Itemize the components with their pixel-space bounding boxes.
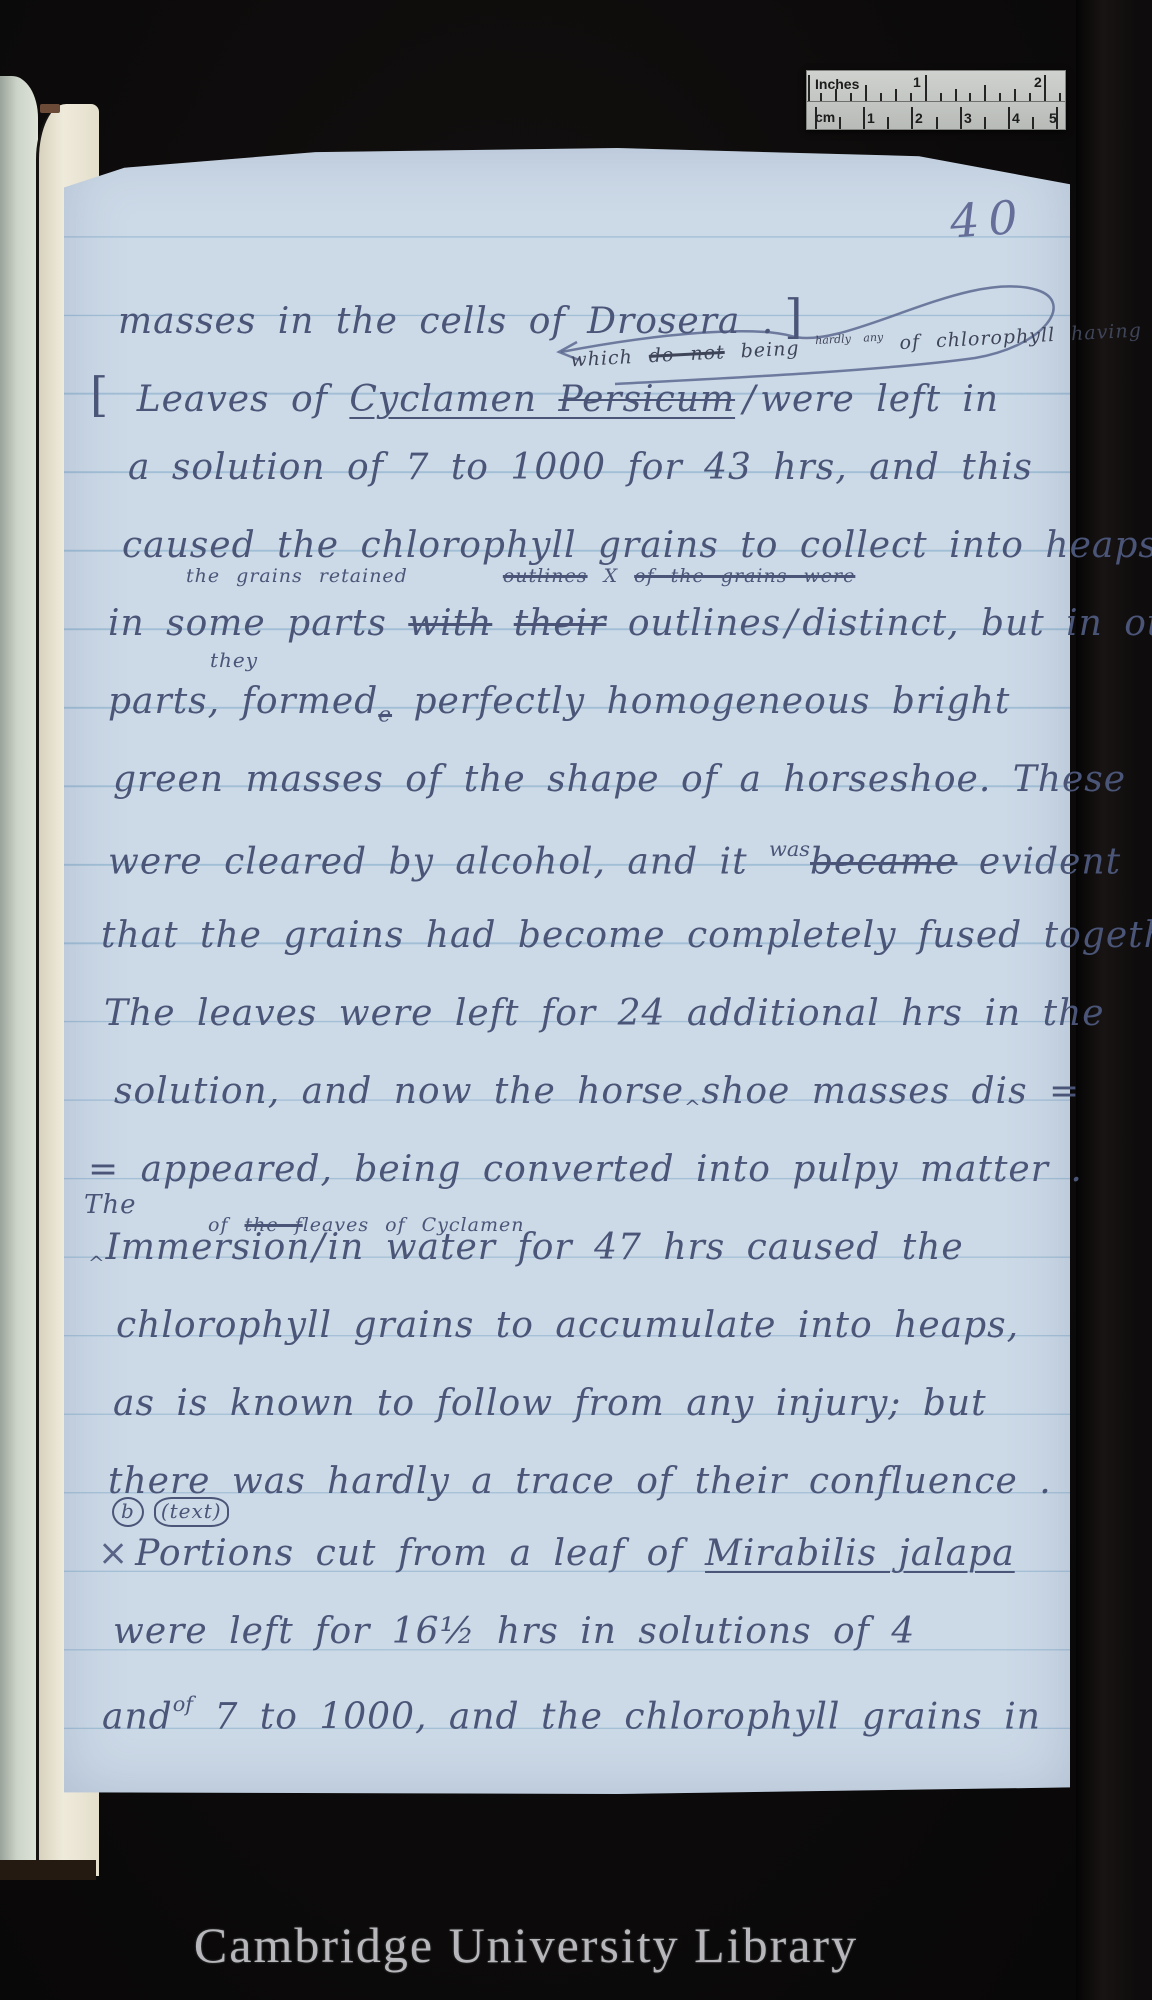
handwritten-text: of the grains were: [634, 565, 855, 587]
ruler-cm-tick: [911, 107, 913, 129]
handwritten-text: /: [785, 603, 798, 644]
ruler-inch-tick: [940, 93, 942, 101]
ruler-cm-number: 4: [1012, 110, 1020, 126]
handwritten-text: a solution of 7 to 1000 for 43 hrs, and …: [128, 447, 1033, 488]
handwritten-text: evident: [957, 842, 1121, 883]
line-04: a solution of 7 to 1000 for 43 hrs, and …: [128, 447, 1033, 488]
ruler-inch-tick: [955, 89, 957, 101]
ruler-cm-tick: [960, 107, 962, 129]
ruler-inch-tick: [1029, 93, 1031, 101]
ruler-cm-tick: [1032, 117, 1034, 129]
line-18: ^Immersion/in water for 47 hrs caused th…: [88, 1227, 964, 1275]
line-05: caused the chlorophyll grains to collect…: [122, 525, 1152, 566]
handwritten-text: were left for 16½ hrs in solutions of 4: [113, 1611, 915, 1652]
ruler-inch-tick: [880, 93, 882, 101]
ruler-cm-tick: [936, 117, 938, 129]
handwritten-text: were left in: [760, 379, 999, 420]
ruler-cm-number: 3: [964, 110, 972, 126]
handwritten-text: Persicum: [558, 379, 735, 420]
handwritten-text: distinct, but in other: [802, 603, 1152, 644]
line-12: that the grains had become completely fu…: [101, 915, 1152, 956]
handwritten-text: as is known to follow from any injury; b…: [113, 1383, 987, 1424]
handwritten-text: perfectly homogeneous bright: [392, 681, 1010, 722]
ruler-inch-tick: [820, 93, 822, 101]
ruler-inch-tick: [910, 93, 912, 101]
ruler-inches-label: Inches: [815, 76, 859, 92]
line-09: parts, formede perfectly homogeneous bri…: [108, 681, 1010, 728]
handwritten-text: shoe masses dis =: [702, 1071, 1081, 1112]
ruler-inch-tick: [984, 85, 986, 101]
handwritten-text: masses in the cells of Drosera .: [118, 301, 774, 342]
handwritten-text: b: [112, 1497, 144, 1527]
line-06-insertion: the grains retainedoutlines X of the gra…: [186, 565, 855, 587]
ruler-cm-number: 1: [867, 110, 875, 126]
library-caption: Cambridge University Library: [0, 1916, 1102, 1974]
ruler-cm-number: 5: [1049, 110, 1057, 126]
handwritten-text: outlines: [503, 565, 588, 587]
handwritten-text: Mirabilis jalapa: [705, 1533, 1015, 1574]
handwritten-text: the grains retained: [186, 565, 408, 587]
handwritten-text: The leaves were left for 24 additional h…: [104, 993, 1105, 1034]
manuscript-photo: Inches cm 1212345 40 Cambridge Universit…: [0, 0, 1152, 2000]
ruler-inch-tick: [969, 93, 971, 101]
line-07: in some parts with their outlines/distin…: [108, 603, 1152, 644]
handwritten-text: and: [102, 1697, 173, 1738]
handwritten-text: caused the chlorophyll grains to collect…: [122, 525, 1152, 566]
ruler-inch-tick: [835, 89, 837, 101]
handwritten-text: The: [84, 1190, 136, 1220]
page-number: 40: [948, 189, 1028, 248]
line-03: [ Leaves of Cyclamen Persicum/were left …: [90, 369, 999, 423]
handwritten-text: X: [588, 565, 635, 587]
handwritten-text: Cyclamen: [349, 379, 558, 420]
ruler-inch-tick: [895, 89, 897, 101]
handwritten-text: they: [210, 648, 258, 672]
line-10: green masses of the shape of a horseshoe…: [113, 759, 1126, 800]
handwritten-text: in some parts: [108, 603, 408, 644]
line-19: chlorophyll grains to accumulate into he…: [116, 1305, 1019, 1346]
handwritten-text: [: [90, 369, 109, 423]
line-16-margin: The: [84, 1190, 136, 1220]
handwritten-text: ×: [98, 1533, 129, 1574]
handwritten-text: there was hardly a trace of their conflu…: [108, 1461, 1052, 1502]
ruler-cm-label: cm: [815, 109, 835, 125]
ruler-cm-tick: [839, 117, 841, 129]
handwritten-text: do not: [648, 341, 725, 367]
ruler-cm-number: 2: [915, 110, 923, 126]
ruler-inch-tick: [808, 75, 810, 101]
line-14: solution, and now the horse^shoe masses …: [114, 1071, 1080, 1119]
handwritten-text: Immersion: [106, 1227, 311, 1268]
ruler-cm-tick: [887, 117, 889, 129]
ruler: Inches cm 1212345: [806, 70, 1066, 130]
ruler-cm-tick: [863, 107, 865, 129]
ruler-inch-tick: [1059, 93, 1061, 101]
handwritten-text: = appeared, being converted into pulpy m…: [88, 1149, 1083, 1190]
ruler-inch-tick: [1014, 89, 1016, 101]
handwritten-text: /: [312, 1227, 325, 1268]
line-11: were cleared by alcohol, and it wasbecam…: [108, 837, 1121, 883]
handwritten-text: which: [570, 345, 650, 371]
handwritten-text: e: [378, 703, 392, 728]
ruler-inch-number: 2: [1034, 74, 1042, 90]
handwritten-text: parts, formed: [108, 681, 378, 722]
ruler-inch-tick: [850, 93, 852, 101]
handwritten-text: were cleared by alcohol, and it: [108, 842, 769, 883]
handwritten-text: 7 to 1000, and the chlorophyll grains in: [193, 1697, 1041, 1738]
line-22-annotation: b(text): [112, 1499, 229, 1523]
handwritten-text: ^: [88, 1252, 106, 1275]
ruler-cm-tick: [984, 117, 986, 129]
ruler-inch-tick: [1044, 75, 1046, 101]
book-page-edge-outer: [0, 76, 38, 1864]
handwritten-text: [492, 603, 513, 644]
handwritten-text: Portions cut from a leaf of: [135, 1533, 705, 1574]
handwritten-text: became: [810, 842, 957, 883]
line-24: were left for 16½ hrs in solutions of 4: [113, 1611, 915, 1652]
book-spine-sliver: [40, 104, 60, 113]
handwritten-text: Leaves of: [115, 379, 349, 420]
ruler-cm-tick: [1008, 107, 1010, 129]
handwritten-text: their: [514, 603, 607, 644]
ruler-inch-number: 1: [913, 74, 921, 90]
line-20: as is known to follow from any injury; b…: [113, 1383, 987, 1424]
line-25: andof 7 to 1000, and the chlorophyll gra…: [102, 1692, 1041, 1738]
ruler-inch-tick: [999, 93, 1001, 101]
handwritten-text: chlorophyll grains to accumulate into he…: [116, 1305, 1019, 1346]
line-23: ×Portions cut from a leaf of Mirabilis j…: [98, 1533, 1015, 1574]
line-13: The leaves were left for 24 additional h…: [104, 993, 1105, 1034]
handwritten-text: (text): [154, 1497, 229, 1527]
handwritten-text: outlines: [606, 603, 781, 644]
handwritten-text: green masses of the shape of a horseshoe…: [113, 759, 1126, 800]
line-01: masses in the cells of Drosera .]: [118, 291, 804, 345]
line-15: = appeared, being converted into pulpy m…: [88, 1149, 1083, 1190]
ruler-cm-tick: [815, 107, 817, 129]
handwritten-text: of: [173, 1692, 193, 1716]
ruler-inch-tick: [865, 85, 867, 101]
handwritten-text: solution, and now the horse: [114, 1071, 684, 1112]
handwritten-text: with: [408, 603, 492, 644]
handwritten-text: ^: [684, 1096, 702, 1119]
handwritten-text: in water for 47 hrs caused the: [328, 1227, 964, 1268]
line-21: there was hardly a trace of their conflu…: [108, 1461, 1052, 1502]
handwritten-text: hardly any: [815, 331, 884, 348]
handwritten-text: /: [743, 379, 756, 420]
line-08-insertion: they: [210, 648, 258, 672]
handwritten-text: was: [769, 837, 810, 861]
book-bottom-shadow: [0, 1860, 96, 1880]
handwritten-text: that the grains had become completely fu…: [101, 915, 1152, 956]
ruler-inch-tick: [925, 75, 927, 101]
